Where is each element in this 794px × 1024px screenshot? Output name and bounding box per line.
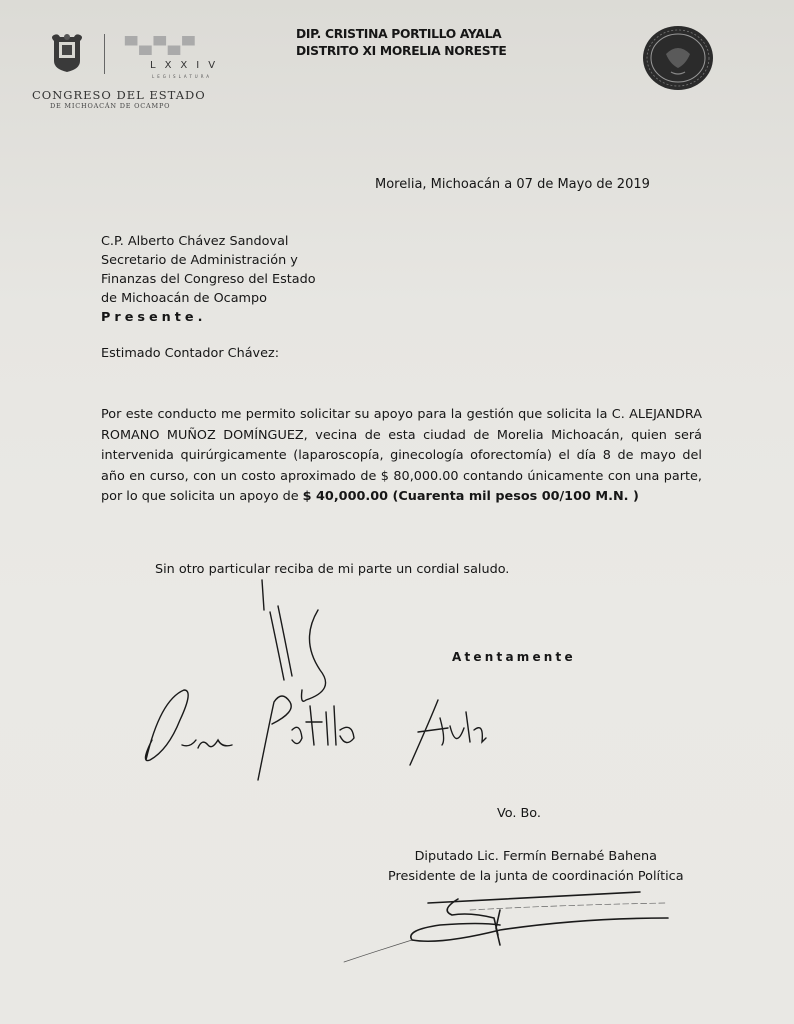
recipient-block: C.P. Alberto Chávez Sandoval Secretario … <box>101 232 316 327</box>
legislature-label: LEGISLATURA <box>152 74 212 79</box>
state-crest-icon <box>50 33 84 73</box>
approver-block: Diputado Lic. Fermín Bernabé Bahena Pres… <box>388 847 684 887</box>
sender-header: DIP. CRISTINA PORTILLO AYALA DISTRITO XI… <box>296 26 506 60</box>
recipient-title-2: Finanzas del Congreso del Estado <box>101 270 316 289</box>
legislature-emblem: ▀▄▀▄▀ <box>125 36 225 58</box>
approver-position: Presidente de la junta de coordinación P… <box>388 867 684 887</box>
national-seal-icon <box>641 24 715 92</box>
congress-letterhead-logo: ▀▄▀▄▀ LXXIV LEGISLATURA CONGRESO DEL EST… <box>30 30 230 110</box>
sign-off: Atentamente <box>452 650 576 664</box>
recipient-title-3: de Michoacán de Ocampo <box>101 289 316 308</box>
presente-label: Presente. <box>101 308 316 327</box>
signature-cristina-portillo <box>145 580 486 780</box>
recipient-name: C.P. Alberto Chávez Sandoval <box>101 232 316 251</box>
closing-line: Sin otro particular reciba de mi parte u… <box>155 562 509 577</box>
recipient-title-1: Secretario de Administración y <box>101 251 316 270</box>
approver-name: Diputado Lic. Fermín Bernabé Bahena <box>388 847 684 867</box>
letter-page: ▀▄▀▄▀ LXXIV LEGISLATURA CONGRESO DEL EST… <box>0 0 794 1024</box>
requested-amount: $ 40,000.00 (Cuarenta mil pesos 00/100 M… <box>303 489 639 504</box>
logo-divider <box>104 34 105 74</box>
institution-name: CONGRESO DEL ESTADO <box>32 88 206 102</box>
body-paragraph: Por este conducto me permito solicitar s… <box>101 405 702 508</box>
institution-subtitle: DE MICHOACÁN DE OCAMPO <box>50 102 170 110</box>
salutation: Estimado Contador Chávez: <box>101 346 279 361</box>
signature-fermin-bernabe <box>344 892 668 962</box>
date-line: Morelia, Michoacán a 07 de Mayo de 2019 <box>375 177 650 192</box>
sender-name: DIP. CRISTINA PORTILLO AYALA <box>296 26 506 43</box>
legislature-numeral: LXXIV <box>150 60 224 71</box>
approval-label: Vo. Bo. <box>497 806 541 821</box>
sender-district: DISTRITO XI MORELIA NORESTE <box>296 43 506 60</box>
